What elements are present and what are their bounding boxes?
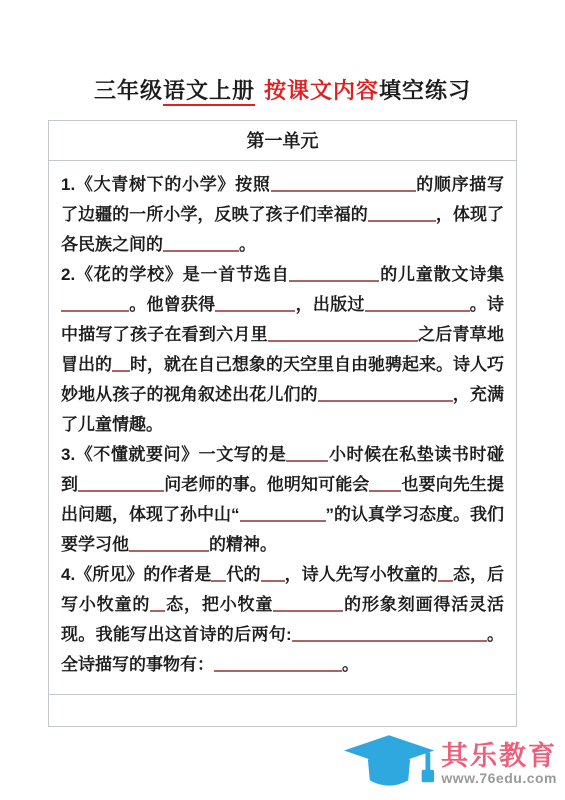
blank-line (240, 508, 326, 522)
title-underlined: 语文上册 (163, 78, 255, 106)
paragraph: 3.《不懂就要问》一文写的是小时候在私垫读书时碰到问老师的事。他明知可能会也要向… (61, 440, 504, 560)
blank-line (150, 598, 165, 612)
text-run: ，出版过 (295, 295, 364, 314)
blank-line (261, 568, 285, 582)
blank-line (78, 478, 164, 492)
blank-line (318, 388, 453, 402)
blank-line (292, 628, 487, 642)
brand-text: 其乐教育 www.76edu.com (441, 742, 557, 786)
text-run: 。 (239, 235, 256, 254)
text-run: 4.《所见》的作者是 (61, 565, 211, 584)
text-run: 。 (342, 655, 359, 674)
text-run: 的精神。 (209, 535, 277, 554)
unit-header: 第一单元 (49, 121, 516, 161)
title-suffix: 填空练习 (379, 78, 471, 103)
title-highlight: 按课文内容 (264, 78, 379, 103)
paragraph: 4.《所见》的作者是代的，诗人先写小牧童的态，后写小牧童的态，把小牧童的形象刻画… (61, 560, 504, 680)
paragraph: 1.《大青树下的小学》按照的顺序描写了边疆的一所小学，反映了孩子们幸福的，体现了… (61, 170, 504, 260)
blank-line (368, 208, 436, 222)
blank-line (286, 448, 328, 462)
brand-url: www.76edu.com (441, 770, 557, 786)
text-run: 代的 (226, 565, 260, 584)
graduation-cap-icon (341, 733, 437, 795)
blank-line (214, 658, 342, 672)
blank-line (215, 298, 295, 312)
text-run: 问老师的事。他明知可能会 (164, 475, 369, 494)
blank-line (369, 478, 401, 492)
text-run: 。他曾获得 (129, 295, 215, 314)
empty-footer-row (49, 695, 516, 726)
text-run: 3.《不懂就要问》一文写的是 (61, 445, 286, 464)
worksheet-page: 三年级语文上册按课文内容填空练习 第一单元 1.《大青树下的小学》按照的顺序描写… (0, 0, 565, 800)
blank-line (365, 298, 470, 312)
text-run: 2.《花的学校》是一首节选自 (61, 265, 289, 284)
text-run: 1.《大青树下的小学》按照 (61, 175, 271, 194)
paragraph: 2.《花的学校》是一首节选自的儿童散文诗集。他曾获得，出版过。诗中描写了孩子在看… (61, 260, 504, 440)
blank-line (271, 178, 416, 192)
text-run: ，诗人先写小牧童的 (285, 565, 438, 584)
worksheet-box: 第一单元 1.《大青树下的小学》按照的顺序描写了边疆的一所小学，反映了孩子们幸福… (48, 120, 517, 727)
title-prefix: 三年级 (94, 78, 163, 103)
blank-line (289, 268, 379, 282)
text-run: 态，把小牧童 (165, 595, 273, 614)
brand-logo: 其乐教育 www.76edu.com (341, 733, 557, 795)
blank-line (438, 568, 453, 582)
blank-line (268, 328, 418, 342)
worksheet-content: 1.《大青树下的小学》按照的顺序描写了边疆的一所小学，反映了孩子们幸福的，体现了… (49, 161, 516, 695)
blank-line (273, 598, 343, 612)
brand-name: 其乐教育 (441, 742, 557, 770)
blank-line (112, 358, 130, 372)
blank-line (163, 238, 239, 252)
blank-line (61, 298, 129, 312)
blank-line (211, 568, 226, 582)
text-run: 的儿童散文诗集 (379, 265, 504, 284)
blank-line (129, 538, 209, 552)
page-title: 三年级语文上册按课文内容填空练习 (0, 0, 565, 105)
